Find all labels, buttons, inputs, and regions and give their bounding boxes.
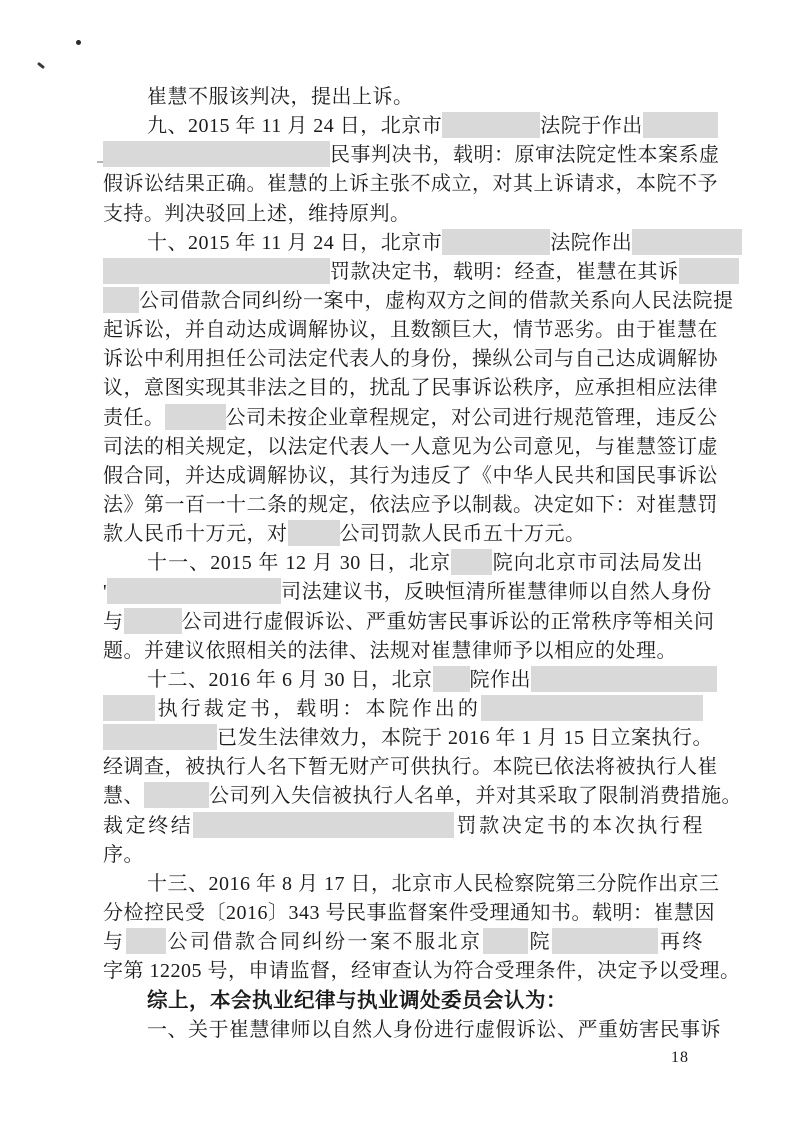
text-line: 裁定终结罚款决定书的本次执行程 — [103, 812, 703, 841]
text-line: 已发生法律效力，本院于 2016 年 1 月 15 日立案执行。 — [103, 724, 703, 753]
text-line: 司法的相关规定，以法定代表人一人意见为公司意见，与崔慧签订虚 — [103, 433, 703, 462]
text-segment: 假诉讼结果正确。崔慧的上诉主张不成立，对其上诉请求，本院不予 — [103, 173, 718, 195]
redaction-block — [433, 666, 470, 692]
text-segment: 罚款决定书，载明：经查，崔慧在其诉 — [330, 261, 679, 283]
text-segment: 一、关于崔慧律师以自然人身份进行虚假诉讼、严重妨害民事诉 — [147, 1019, 721, 1041]
redaction-block — [144, 782, 209, 808]
text-segment: 十一、2015 年 12 月 30 日，北京 — [147, 552, 451, 574]
redaction-block — [165, 404, 226, 430]
text-line: 综上，本会执业纪律与执业调处委员会认为： — [103, 986, 703, 1015]
text-segment: 司法的相关规定，以法定代表人一人意见为公司意见，与崔慧签订虚 — [103, 436, 718, 458]
text-line: 起诉讼，并自动达成调解协议，且数额巨大，情节恶劣。由于崔慧在 — [103, 316, 703, 345]
text-segment: 字第 12205 号，申请监督，经审查认为符合受理条件，决定予以受理。 — [103, 960, 741, 982]
text-segment: 司法建议书，反映恒清所崔慧律师以自然人身份 — [281, 581, 712, 603]
text-line: 支持。判决驳回上述，维持原判。 — [103, 200, 703, 229]
text-line: 执行裁定书，载明：本院作出的 — [103, 695, 703, 724]
text-line: 议，意图实现其非法之目的，扰乱了民事诉讼秩序，应承担相应法律 — [103, 374, 703, 403]
text-line: 经调查，被执行人名下暂无财产可供执行。本院已依法将被执行人崔 — [103, 753, 703, 782]
text-line: 字第 12205 号，申请监督，经审查认为符合受理条件，决定予以受理。 — [103, 957, 703, 986]
text-line: 题。并建议依照相关的法律、法规对崔慧律师予以相应的处理。 — [103, 637, 703, 666]
text-line: 法》第一百一十二条的规定，依法应予以制裁。决定如下：对崔慧罚 — [103, 491, 703, 520]
text-segment: 公司借款合同纠纷一案中，虚构双方之间的借款关系向人民法院提 — [139, 290, 734, 312]
text-segment: 经调查，被执行人名下暂无财产可供执行。本院已依法将被执行人崔 — [103, 756, 718, 778]
text-segment: 公司列入失信被执行人名单，并对其采取了限制消费措施。 — [209, 785, 742, 807]
text-line: 假合同，并达成调解协议，其行为违反了《中华人民共和国民事诉讼 — [103, 462, 703, 491]
text-line: 与公司借款合同纠纷一案不服北京院再终 — [103, 928, 703, 957]
text-segment: 院 — [528, 931, 553, 953]
text-segment: 九、2015 年 11 月 24 日，北京市 — [147, 115, 442, 137]
text-line: 十二、2016 年 6 月 30 日，北京院作出 — [103, 666, 703, 695]
text-segment: 院向北京市司法局发出 — [492, 552, 703, 574]
redaction-block — [126, 928, 166, 954]
redaction-block — [103, 724, 217, 750]
page-number: 18 — [671, 1049, 689, 1067]
text-segment: 已发生法律效力，本院于 2016 年 1 月 15 日立案执行。 — [217, 727, 713, 749]
redaction-block — [451, 549, 492, 575]
redaction-block — [103, 141, 330, 167]
redaction-block — [552, 928, 658, 954]
text-segment: 崔慧不服该判决，提出上诉。 — [147, 86, 414, 108]
redaction-block — [481, 695, 703, 721]
text-segment: 题。并建议依照相关的法律、法规对崔慧律师予以相应的处理。 — [103, 640, 677, 662]
text-line: 公司借款合同纠纷一案中，虚构双方之间的借款关系向人民法院提 — [103, 287, 703, 316]
redaction-block — [124, 608, 182, 634]
text-segment: 分检控民受〔2016〕343 号民事监督案件受理通知书。载明：崔慧因 — [103, 902, 715, 924]
text-segment: 法》第一百一十二条的规定，依法应予以制裁。决定如下：对崔慧罚 — [103, 494, 718, 516]
text-segment: 执行裁定书，载明：本院作出的 — [155, 698, 481, 720]
text-line: 罚款决定书，载明：经查，崔慧在其诉 — [103, 258, 703, 287]
text-line: 十一、2015 年 12 月 30 日，北京院向北京市司法局发出 — [103, 549, 703, 578]
text-segment: 十、2015 年 11 月 24 日，北京市 — [147, 232, 442, 254]
text-segment: 综上，本会执业纪律与执业调处委员会认为： — [147, 989, 567, 1012]
text-segment: 民事判决书，载明：原审法院定性本案系虚 — [330, 144, 720, 166]
text-line: 与公司进行虚假诉讼、严重妨害民事诉讼的正常秩序等相关问 — [103, 608, 703, 637]
text-line: 诉讼中利用担任公司法定代表人的身份，操纵公司与自己达成调解协 — [103, 345, 703, 374]
text-block: 崔慧不服该判决，提出上诉。九、2015 年 11 月 24 日，北京市法院于作出… — [103, 83, 703, 1045]
text-segment: 起诉讼，并自动达成调解协议，且数额巨大，情节恶劣。由于崔慧在 — [103, 319, 718, 341]
redaction-block — [103, 695, 155, 721]
text-line: 十三、2016 年 8 月 17 日，北京市人民检察院第三分院作出京三 — [103, 870, 703, 899]
text-segment: 款人民币十万元，对 — [103, 523, 288, 545]
text-segment: 支持。判决驳回上述，维持原判。 — [103, 203, 411, 225]
text-segment: 罚款决定书的本次执行程 — [454, 815, 703, 837]
text-segment: 再终 — [658, 931, 703, 953]
text-line: 慧、公司列入失信被执行人名单，并对其采取了限制消费措施。 — [103, 782, 703, 811]
text-segment: 公司未按企业章程规定，对公司进行规范管理，违反公 — [226, 407, 718, 429]
redaction-block — [442, 112, 540, 138]
redaction-block — [679, 258, 739, 284]
text-line: 九、2015 年 11 月 24 日，北京市法院于作出 — [103, 112, 703, 141]
redaction-block — [531, 666, 717, 692]
text-segment: 裁定终结 — [103, 815, 193, 837]
text-segment: 与 — [103, 931, 126, 953]
redaction-block — [643, 112, 718, 138]
ink-speck — [37, 62, 45, 69]
text-line: 十、2015 年 11 月 24 日，北京市法院作出 — [103, 229, 703, 258]
text-line: 分检控民受〔2016〕343 号民事监督案件受理通知书。载明：崔慧因 — [103, 899, 703, 928]
redaction-block — [288, 520, 340, 546]
text-segment: 公司借款合同纠纷一案不服北京 — [166, 931, 483, 953]
redaction-block — [442, 229, 550, 255]
text-line: 民事判决书，载明：原审法院定性本案系虚 — [103, 141, 703, 170]
text-segment: 议，意图实现其非法之目的，扰乱了民事诉讼秩序，应承担相应法律 — [103, 377, 718, 399]
redaction-block — [632, 229, 742, 255]
text-segment: 与 — [103, 611, 124, 633]
text-line: 款人民币十万元，对公司罚款人民币五十万元。 — [103, 520, 703, 549]
document-page: 崔慧不服该判决，提出上诉。九、2015 年 11 月 24 日，北京市法院于作出… — [0, 0, 800, 1136]
ink-speck — [76, 40, 81, 45]
text-segment: 序。 — [103, 844, 144, 866]
text-segment: 法院作出 — [550, 232, 632, 254]
redaction-block — [193, 812, 454, 838]
text-line: 责任。公司未按企业章程规定，对公司进行规范管理，违反公 — [103, 404, 703, 433]
text-segment: 公司进行虚假诉讼、严重妨害民事诉讼的正常秩序等相关问 — [182, 611, 715, 633]
text-segment: 假合同，并达成调解协议，其行为违反了《中华人民共和国民事诉讼 — [103, 465, 718, 487]
redaction-block — [103, 287, 139, 313]
redaction-block — [103, 258, 330, 284]
text-segment: 责任。 — [103, 407, 165, 429]
text-line: 崔慧不服该判决，提出上诉。 — [103, 83, 703, 112]
text-segment: 诉讼中利用担任公司法定代表人的身份，操纵公司与自己达成调解协 — [103, 348, 718, 370]
redaction-block — [483, 928, 528, 954]
text-line: 假诉讼结果正确。崔慧的上诉主张不成立，对其上诉请求，本院不予 — [103, 170, 703, 199]
redaction-block — [107, 578, 281, 604]
text-line: 一、关于崔慧律师以自然人身份进行虚假诉讼、严重妨害民事诉 — [103, 1016, 703, 1045]
text-segment: 十三、2016 年 8 月 17 日，北京市人民检察院第三分院作出京三 — [147, 873, 720, 895]
text-segment: 十二、2016 年 6 月 30 日，北京 — [147, 669, 433, 691]
text-segment: 公司罚款人民币五十万元。 — [340, 523, 586, 545]
text-line: 序。 — [103, 841, 703, 870]
text-segment: 慧、 — [103, 785, 144, 807]
text-line: '司法建议书，反映恒清所崔慧律师以自然人身份 — [103, 578, 703, 607]
text-segment: 法院于作出 — [540, 115, 643, 137]
text-segment: 院作出 — [470, 669, 532, 691]
